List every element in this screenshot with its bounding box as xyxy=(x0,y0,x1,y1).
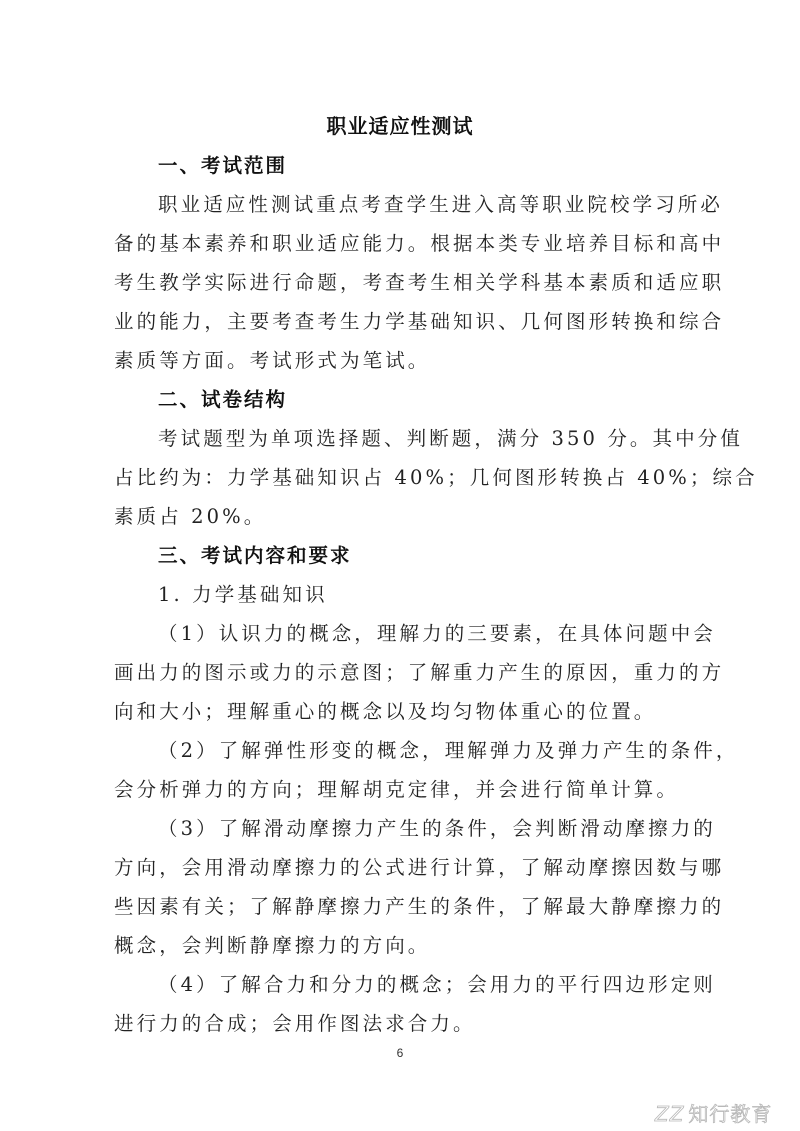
text-line: 画出力的图示或力的示意图；了解重力产生的原因，重力的方 xyxy=(114,653,694,692)
text-line: 向和大小；理解重心的概念以及均匀物体重心的位置。 xyxy=(114,692,694,731)
page-number: 6 xyxy=(0,1046,800,1060)
document-page: 职业适应性测试 一、考试范围 职业适应性测试重点考查学生进入高等职业院校学习所必… xyxy=(0,0,800,1131)
item-4: （4）了解合力和分力的概念；会用力的平行四边形定则 进行力的合成；会用作图法求合… xyxy=(114,965,694,1043)
paragraph-scope: 职业适应性测试重点考查学生进入高等职业院校学习所必 备的基本素养和职业适应能力。… xyxy=(114,185,694,380)
text-line: 些因素有关；了解静摩擦力产生的条件，了解最大静摩擦力的 xyxy=(114,887,694,926)
document-body: 一、考试范围 职业适应性测试重点考查学生进入高等职业院校学习所必 备的基本素养和… xyxy=(114,146,694,1043)
item-1: （1）认识力的概念，理解力的三要素，在具体问题中会 画出力的图示或力的示意图；了… xyxy=(114,614,694,731)
section-heading-structure: 二、试卷结构 xyxy=(114,380,694,419)
text-line: 素质占 20%。 xyxy=(114,497,694,536)
text-line: 考试题型为单项选择题、判断题，满分 350 分。其中分值 xyxy=(114,419,694,458)
text-line: 业的能力，主要考查考生力学基础知识、几何图形转换和综合 xyxy=(114,302,694,341)
watermark-logo-icon: ZZ xyxy=(655,1102,684,1126)
watermark: ZZ知行教育 xyxy=(655,1098,772,1127)
text-line: 方向，会用滑动摩擦力的公式进行计算，了解动摩擦因数与哪 xyxy=(114,848,694,887)
watermark-text: 知行教育 xyxy=(688,1102,772,1126)
text-line: 考生教学实际进行命题，考查考生相关学科基本素质和适应职 xyxy=(114,263,694,302)
text-line: 占比约为：力学基础知识占 40%；几何图形转换占 40%；综合 xyxy=(114,458,694,497)
item-2: （2）了解弹性形变的概念，理解弹力及弹力产生的条件， 会分析弹力的方向；理解胡克… xyxy=(114,731,694,809)
text-line: 素质等方面。考试形式为笔试。 xyxy=(114,341,694,380)
item-3: （3）了解滑动摩擦力产生的条件，会判断滑动摩擦力的 方向，会用滑动摩擦力的公式进… xyxy=(114,809,694,965)
text-line: 概念，会判断静摩擦力的方向。 xyxy=(114,926,694,965)
text-line: 备的基本素养和职业适应能力。根据本类专业培养目标和高中 xyxy=(114,224,694,263)
text-line: （1）认识力的概念，理解力的三要素，在具体问题中会 xyxy=(114,614,694,653)
text-line: 会分析弹力的方向；理解胡克定律，并会进行简单计算。 xyxy=(114,770,694,809)
text-line: （4）了解合力和分力的概念；会用力的平行四边形定则 xyxy=(114,965,694,1004)
paragraph-structure: 考试题型为单项选择题、判断题，满分 350 分。其中分值 占比约为：力学基础知识… xyxy=(114,419,694,536)
subheading-mechanics: 1. 力学基础知识 xyxy=(114,575,694,614)
text-line: （3）了解滑动摩擦力产生的条件，会判断滑动摩擦力的 xyxy=(114,809,694,848)
section-heading-scope: 一、考试范围 xyxy=(114,146,694,185)
text-line: （2）了解弹性形变的概念，理解弹力及弹力产生的条件， xyxy=(114,731,694,770)
document-title: 职业适应性测试 xyxy=(0,110,800,139)
section-heading-content: 三、考试内容和要求 xyxy=(114,536,694,575)
text-line: 进行力的合成；会用作图法求合力。 xyxy=(114,1004,694,1043)
text-line: 职业适应性测试重点考查学生进入高等职业院校学习所必 xyxy=(114,185,694,224)
